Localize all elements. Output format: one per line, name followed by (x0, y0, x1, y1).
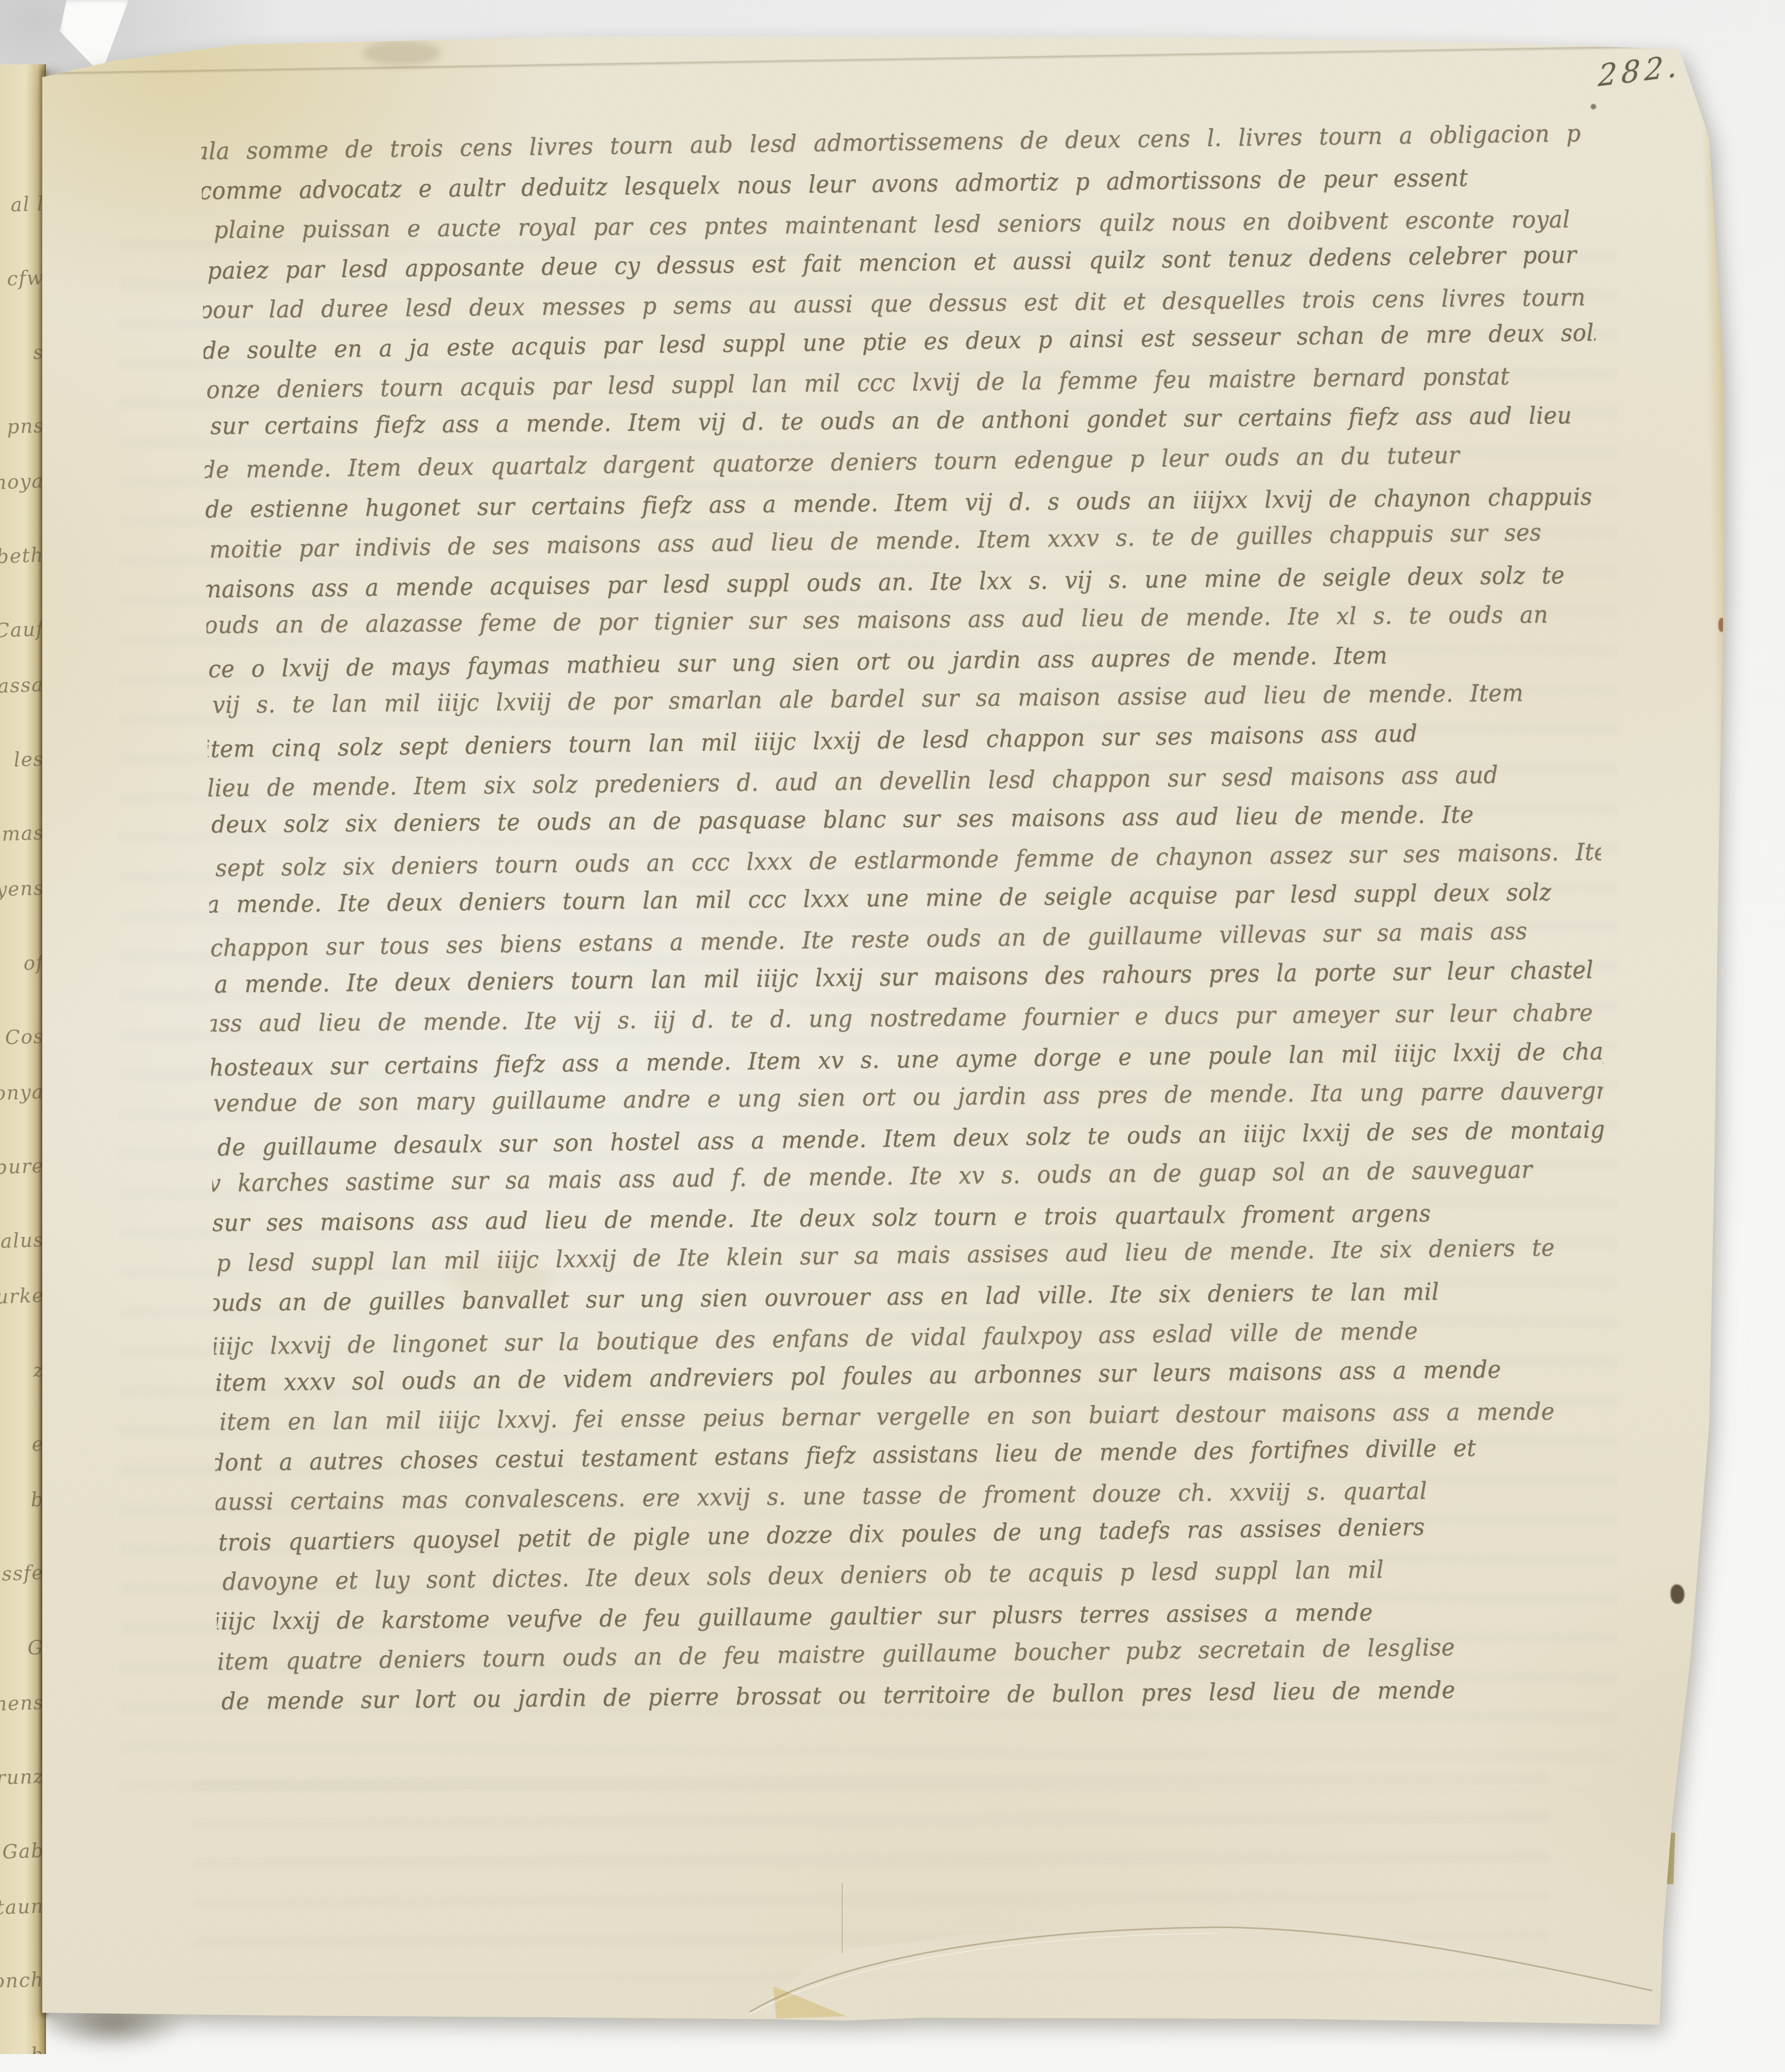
ink-dot (1591, 104, 1596, 109)
photo-backdrop: { "folio_number": "282.", "manuscript": … (0, 0, 1785, 2072)
edge-speck (1718, 618, 1726, 632)
ink-blot (1671, 1584, 1684, 1604)
stain (363, 40, 441, 66)
parchment-crack (842, 1883, 843, 1953)
manuscript-page: 282. ala somme de trois cens livres tour… (0, 0, 1785, 2072)
text-block: ala somme de trois cens livres tourn aub… (201, 117, 1610, 1749)
manuscript-page-wrap: 282. ala somme de trois cens livres tour… (0, 0, 1785, 2072)
